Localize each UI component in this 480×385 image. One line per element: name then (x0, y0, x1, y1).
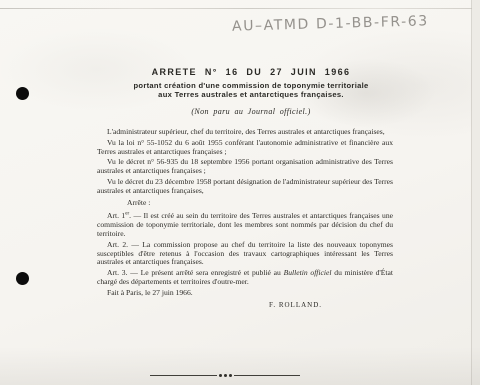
divider-dot (229, 374, 232, 377)
end-of-document-divider (150, 373, 300, 377)
article-3-label: Art. 3. (107, 268, 127, 277)
divider-line-right (234, 375, 301, 376)
scanned-document-page: AU–ATMD D-1-BB-FR-63 ARRETE N° 16 DU 27 … (0, 0, 480, 385)
visa-paragraph-2: Vu le décret n° 56-935 du 18 septembre 1… (97, 158, 393, 176)
enacting-formula: Arrête : (127, 199, 393, 208)
article-1-label: Art. 1 (107, 211, 125, 220)
bulletin-officiel-reference: Bulletin officiel (284, 268, 332, 277)
article-3-paragraph: Art. 3. — Le présent arrêté sera enregis… (97, 269, 393, 287)
title-block: ARRETE N° 16 DU 27 JUIN 1966 portant cré… (98, 67, 404, 116)
article-2-paragraph: Art. 2. — La commission propose au chef … (97, 241, 393, 267)
divider-dot (219, 374, 222, 377)
paper-shading-bottom (0, 347, 480, 385)
title-subject-line-2: aux Terres australes et antarctiques fra… (98, 91, 404, 100)
article-3-text-before: — Le présent arrêté sera enregistré et p… (130, 268, 281, 277)
article-1-text: — Il est créé au sein du territoire des … (97, 211, 393, 238)
archival-reference-annotation: AU–ATMD D-1-BB-FR-63 (232, 13, 429, 34)
article-2-label: Art. 2. (107, 240, 128, 249)
scan-right-margin (472, 0, 480, 385)
article-2-text: — La commission propose au chef du terri… (97, 240, 393, 267)
article-1-paragraph: Art. 1er. — Il est créé au sein du terri… (97, 212, 393, 238)
journal-officiel-note: (Non paru au Journal officiel.) (98, 107, 404, 116)
document-body: L'administrateur supérieur, chef du terr… (97, 128, 393, 309)
scan-top-edge-line (0, 8, 480, 9)
hole-punch-top (16, 87, 29, 100)
article-1-label-end: . (129, 211, 131, 220)
document-title: ARRETE N° 16 DU 27 JUIN 1966 (98, 67, 404, 77)
divider-dot (224, 374, 227, 377)
visa-paragraph-3: Vu le décret du 23 décembre 1958 portant… (97, 178, 393, 196)
scan-right-edge-line (471, 0, 472, 385)
signature: F. ROLLAND. (269, 301, 393, 310)
hole-punch-bottom (16, 272, 29, 285)
visa-paragraph-1: Vu la loi n° 55-1052 du 6 août 1955 conf… (97, 139, 393, 157)
dateline: Fait à Paris, le 27 juin 1966. (97, 289, 393, 298)
preamble-paragraph: L'administrateur supérieur, chef du terr… (97, 128, 393, 137)
divider-line-left (150, 375, 217, 376)
